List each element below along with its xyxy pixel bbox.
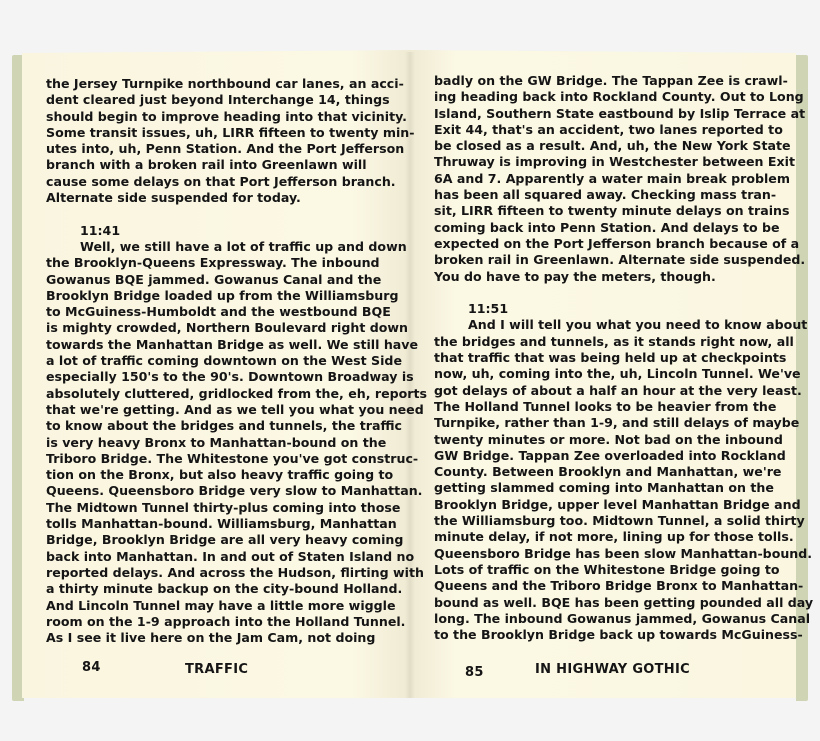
text-line: that traffic that was being held up at c…	[434, 350, 813, 366]
text-line: tion on the Bronx, but also heavy traffi…	[46, 467, 427, 483]
text-line: especially 150's to the 90's. Downtown B…	[46, 369, 427, 385]
text-line: should begin to improve heading into tha…	[46, 109, 427, 125]
text-line: Brooklyn Bridge, upper level Manhattan B…	[434, 497, 813, 513]
text-line: Thruway is improving in Westchester betw…	[434, 154, 813, 170]
text-line: Island, Southern State eastbound by Isli…	[434, 106, 813, 122]
text-line: a thirty minute backup on the city-bound…	[46, 581, 427, 597]
text-line: Lots of traffic on the Whitestone Bridge…	[434, 562, 813, 578]
right-page-body-text: badly on the GW Bridge. The Tappan Zee i…	[434, 73, 813, 643]
text-line: Turnpike, rather than 1-9, and still del…	[434, 415, 813, 431]
text-line: that we're getting. And as we tell you w…	[46, 402, 427, 418]
text-line: room on the 1-9 approach into the Hollan…	[46, 614, 427, 630]
text-line: Brooklyn Bridge loaded up from the Willi…	[46, 288, 427, 304]
timestamp-heading: 11:51	[434, 301, 813, 317]
left-running-head: TRAFFIC	[185, 662, 248, 677]
text-line: badly on the GW Bridge. The Tappan Zee i…	[434, 73, 813, 89]
text-line: to the Brooklyn Bridge back up towards M…	[434, 627, 813, 643]
text-line: twenty minutes or more. Not bad on the i…	[434, 432, 813, 448]
open-book: the Jersey Turnpike northbound car lanes…	[0, 0, 820, 741]
timestamp-heading: 11:41	[46, 223, 427, 239]
text-line: bound as well. BQE has been getting poun…	[434, 595, 813, 611]
text-line: absolutely cluttered, gridlocked from th…	[46, 386, 427, 402]
text-line: the Brooklyn-Queens Expressway. The inbo…	[46, 255, 427, 271]
text-line: the bridges and tunnels, as it stands ri…	[434, 334, 813, 350]
text-line: back into Manhattan. In and out of State…	[46, 549, 427, 565]
text-line: has been all squared away. Checking mass…	[434, 187, 813, 203]
text-line: sit, LIRR fifteen to twenty minute delay…	[434, 203, 813, 219]
text-line: cause some delays on that Port Jefferson…	[46, 174, 427, 190]
text-line: Exit 44, that's an accident, two lanes r…	[434, 122, 813, 138]
text-line: Queensboro Bridge has been slow Manhatta…	[434, 546, 813, 562]
text-line: expected on the Port Jefferson branch be…	[434, 236, 813, 252]
text-line: branch with a broken rail into Greenlawn…	[46, 157, 427, 173]
text-line: And I will tell you what you need to kno…	[434, 317, 813, 333]
text-line: the Jersey Turnpike northbound car lanes…	[46, 76, 427, 92]
text-line: now, uh, coming into the, uh, Lincoln Tu…	[434, 366, 813, 382]
text-line: the Williamsburg too. Midtown Tunnel, a …	[434, 513, 813, 529]
text-line: got delays of about a half an hour at th…	[434, 383, 813, 399]
right-page-number: 85	[465, 665, 484, 680]
left-page-number: 84	[82, 660, 101, 675]
text-line: 6A and 7. Apparently a water main break …	[434, 171, 813, 187]
text-line: Some transit issues, uh, LIRR fifteen to…	[46, 125, 427, 141]
text-line: getting slammed coming into Manhattan on…	[434, 480, 813, 496]
left-page-body-text: the Jersey Turnpike northbound car lanes…	[46, 76, 427, 646]
text-line: dent cleared just beyond Interchange 14,…	[46, 92, 427, 108]
text-line: utes into, uh, Penn Station. And the Por…	[46, 141, 427, 157]
text-line: to know about the bridges and tunnels, t…	[46, 418, 427, 434]
right-running-head: IN HIGHWAY GOTHIC	[535, 662, 690, 677]
paragraph-gap	[46, 206, 427, 222]
text-line: coming back into Penn Station. And delay…	[434, 220, 813, 236]
text-line: is mighty crowded, Northern Boulevard ri…	[46, 320, 427, 336]
text-line: The Midtown Tunnel thirty-plus coming in…	[46, 500, 427, 516]
text-line: Bridge, Brooklyn Bridge are all very hea…	[46, 532, 427, 548]
text-line: As I see it live here on the Jam Cam, no…	[46, 630, 427, 646]
text-line: is very heavy Bronx to Manhattan-bound o…	[46, 435, 427, 451]
text-line: You do have to pay the meters, though.	[434, 269, 813, 285]
text-line: long. The inbound Gowanus jammed, Gowanu…	[434, 611, 813, 627]
text-line: Queens. Queensboro Bridge very slow to M…	[46, 483, 427, 499]
text-line: Alternate side suspended for today.	[46, 190, 427, 206]
text-line: County. Between Brooklyn and Manhattan, …	[434, 464, 813, 480]
text-line: a lot of traffic coming downtown on the …	[46, 353, 427, 369]
text-line: Triboro Bridge. The Whitestone you've go…	[46, 451, 427, 467]
text-line: The Holland Tunnel looks to be heavier f…	[434, 399, 813, 415]
text-line: And Lincoln Tunnel may have a little mor…	[46, 598, 427, 614]
text-line: tolls Manhattan-bound. Williamsburg, Man…	[46, 516, 427, 532]
text-line: broken rail in Greenlawn. Alternate side…	[434, 252, 813, 268]
paragraph-gap	[434, 285, 813, 301]
text-line: reported delays. And across the Hudson, …	[46, 565, 427, 581]
text-line: Well, we still have a lot of traffic up …	[46, 239, 427, 255]
text-line: towards the Manhattan Bridge as well. We…	[46, 337, 427, 353]
text-line: Gowanus BQE jammed. Gowanus Canal and th…	[46, 272, 427, 288]
text-line: to McGuiness-Humboldt and the westbound …	[46, 304, 427, 320]
text-line: minute delay, if not more, lining up for…	[434, 529, 813, 545]
text-line: ing heading back into Rockland County. O…	[434, 89, 813, 105]
text-line: Queens and the Triboro Bridge Bronx to M…	[434, 578, 813, 594]
text-line: GW Bridge. Tappan Zee overloaded into Ro…	[434, 448, 813, 464]
text-line: be closed as a result. And, uh, the New …	[434, 138, 813, 154]
